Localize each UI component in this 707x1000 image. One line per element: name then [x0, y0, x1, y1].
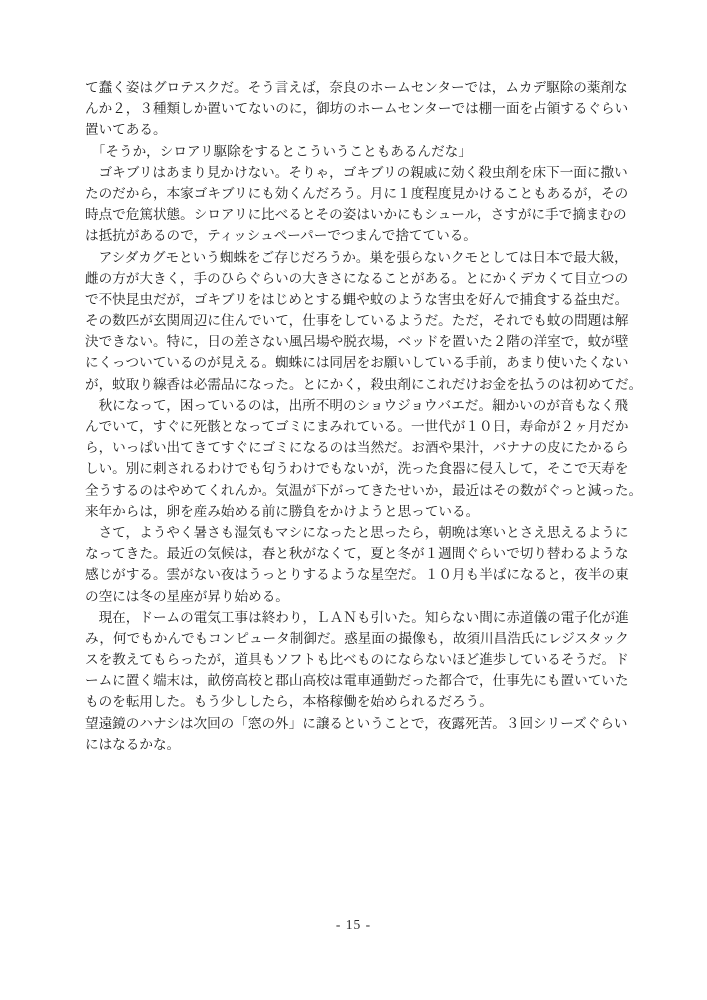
- page-number: - 15 -: [0, 917, 707, 933]
- text-line: にくっついているのが見える。蜘蛛には同居をお願いしている手前，あまり使いたくない: [85, 353, 641, 374]
- text-line: 置いてある。: [85, 120, 641, 141]
- text-line: 時点で危篤状態。シロアリに比べるとその姿はいかにもシュール，さすがに手で摘まむの: [85, 205, 641, 226]
- text-line: んか２，３種類しか置いてないのに，御坊のホームセンターでは棚一面を占領するぐらい: [85, 99, 641, 120]
- document-page: て蠢く姿はグロテスクだ。そう言えば，奈良のホームセンターでは，ムカデ駆除の薬剤な…: [0, 0, 707, 1000]
- text-body: て蠢く姿はグロテスクだ。そう言えば，奈良のホームセンターでは，ムカデ駆除の薬剤な…: [85, 78, 641, 756]
- text-line: ものを転用した。もう少ししたら，本格稼働を始められるだろう。: [85, 692, 641, 713]
- text-line: が，蚊取り線香は必需品になった。とにかく，殺虫剤にこれだけお金を払うのは初めてだ…: [85, 375, 641, 396]
- text-line: 秋になって，困っているのは，出所不明のショウジョウバエだ。細かいのが音もなく飛: [85, 396, 641, 417]
- text-line: ームに置く端末は，畝傍高校と郡山高校は電車通勤だった都合で，仕事先にも置いていた: [85, 671, 641, 692]
- text-line: は抵抗があるので，ティッシュペーパーでつまんで捨てている。: [85, 226, 641, 247]
- text-line: 感じがする。雲がない夜はうっとりするような星空だ。１０月も半ばになると，夜半の東: [85, 565, 641, 586]
- text-line: スを教えてもらったが，道具もソフトも比べものにならないほど進歩しているそうだ。ド: [85, 650, 641, 671]
- text-line: たのだから，本家ゴキブリにも効くんだろう。月に１度程度見かけることもあるが，その: [85, 184, 641, 205]
- text-line: ら，いっぱい出てきてすぐにゴミになるのは当然だ。お酒や果汁，バナナの皮にたかるら: [85, 438, 641, 459]
- text-line: み，何でもかんでもコンピュータ制御だ。惑星面の撮像も，故須川昌浩氏にレジスタック: [85, 629, 641, 650]
- text-line: で不快昆虫だが，ゴキブリをはじめとする蝿や蚊のような害虫を好んで捕食する益虫だ。: [85, 290, 641, 311]
- text-line: 現在，ドームの電気工事は終わり，ＬＡＮも引いた。知らない間に赤道儀の電子化が進: [85, 608, 641, 629]
- text-line: ゴキブリはあまり見かけない。そりゃ，ゴキブリの親戚に効く殺虫剤を床下一面に撒い: [85, 163, 641, 184]
- text-line: にはなるかな。: [85, 735, 641, 756]
- text-line: て蠢く姿はグロテスクだ。そう言えば，奈良のホームセンターでは，ムカデ駆除の薬剤な: [85, 78, 641, 99]
- text-line: の空には冬の星座が昇り始める。: [85, 587, 641, 608]
- text-line: 「そうか，シロアリ駆除をするとこういうこともあるんだな」: [85, 142, 641, 163]
- text-line: しい。別に刺されるわけでも匂うわけでもないが，洗った食器に侵入して，そこで天寿を: [85, 459, 641, 480]
- text-line: んでいて，すぐに死骸となってゴミにまみれている。一世代が１０日，寿命が２ヶ月だか: [85, 417, 641, 438]
- text-line: アシダカグモという蜘蛛をご存じだろうか。巣を張らないクモとしては日本で最大級，: [85, 248, 641, 269]
- text-line: 決できない。特に，日の差さない風呂場や脱衣場，ベッドを置いた２階の洋室で，蚊が壁: [85, 332, 641, 353]
- text-line: 望遠鏡のハナシは次回の「窓の外」に譲るということで，夜露死苦。３回シリーズぐらい: [85, 714, 641, 735]
- text-line: 来年からは，卵を産み始める前に勝負をかけようと思っている。: [85, 502, 641, 523]
- text-line: その数匹が玄関周辺に住んでいて，仕事をしているようだ。ただ，それでも蚊の問題は解: [85, 311, 641, 332]
- text-line: さて，ようやく暑さも湿気もマシになったと思ったら，朝晩は寒いとさえ思えるように: [85, 523, 641, 544]
- text-line: 雌の方が大きく，手のひらぐらいの大きさになることがある。とにかくデカくて目立つの: [85, 269, 641, 290]
- text-line: なってきた。最近の気候は，春と秋がなくて，夏と冬が１週間ぐらいで切り替わるような: [85, 544, 641, 565]
- text-line: 全うするのはやめてくれんか。気温が下がってきたせいか，最近はその数がぐっと減った…: [85, 481, 641, 502]
